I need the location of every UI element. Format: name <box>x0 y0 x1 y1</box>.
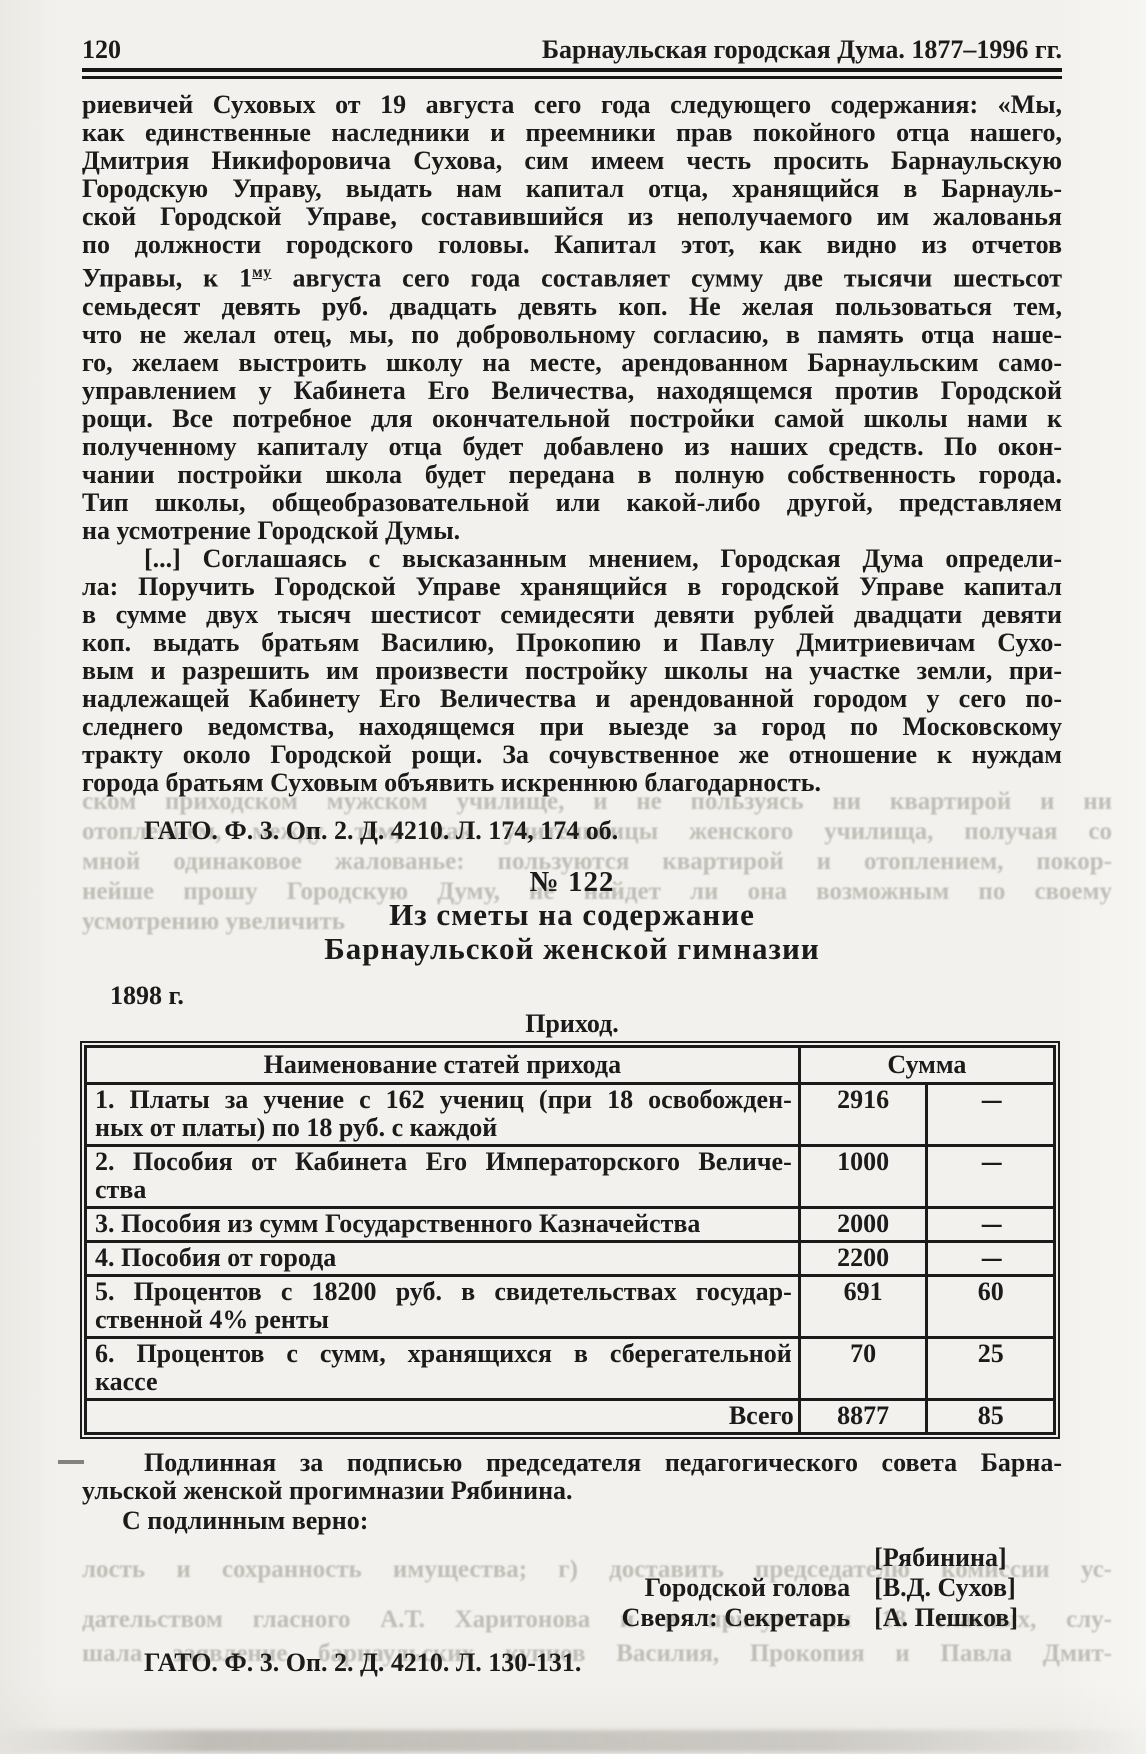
text-line: ской Городской Управе, составившийся из … <box>82 203 1062 231</box>
text-line: вым и разрешить им произвести постройку … <box>82 657 1062 685</box>
text-line: чании постройки школа будет передана в п… <box>82 461 1062 489</box>
archive-citation: ГАТО. Ф. 3. Оп. 2. Д. 4210. Л. 130-131. <box>82 1649 1062 1677</box>
table-row: 1. Платы за учение с 162 учениц (при 18 … <box>86 1083 1055 1145</box>
row-name: ственной 4% ренты <box>95 1306 792 1334</box>
column-header-sum: Сумма <box>799 1046 1054 1083</box>
document-number: № 122 <box>82 867 1062 898</box>
income-table: Наименование статей прихода Сумма 1. Пла… <box>84 1045 1056 1435</box>
signature-name: [В.Д. Сухов] <box>874 1573 1018 1603</box>
row-rubles: 1000 <box>799 1145 927 1207</box>
signature-row: [Рябинина] <box>622 1543 1018 1573</box>
total-rubles: 8877 <box>799 1399 927 1433</box>
header-rule <box>82 68 1062 79</box>
column-header-name: Наименование статей прихода <box>86 1046 800 1083</box>
text-line: управлением у Кабинета Его Величества, н… <box>82 377 1062 405</box>
text-column: 120 Барнаульская городская Дума. 1877–19… <box>82 36 1062 1677</box>
table-header-row: Наименование статей прихода Сумма <box>86 1046 1055 1083</box>
row-kopecks: --- <box>927 1241 1055 1275</box>
certified-line: С подлинным верно: <box>82 1507 1062 1535</box>
row-kopecks: --- <box>927 1207 1055 1241</box>
text-line: в сумме двух тысяч шестисот семидесяти д… <box>82 601 1062 629</box>
signature-row: Сверял: Секретарь [А. Пешков] <box>622 1603 1018 1633</box>
scan-artifact-dash <box>58 1460 84 1464</box>
row-name: кассе <box>95 1368 792 1396</box>
table-row: 5. Процентов с 18200 руб. в свидетельств… <box>86 1275 1055 1337</box>
row-kopecks: --- <box>927 1083 1055 1145</box>
row-rubles: 2200 <box>799 1241 927 1275</box>
authenticity-note: Подлинная за подписью председателя педаг… <box>82 1449 1062 1505</box>
section-title: Приход. <box>82 1010 1062 1038</box>
row-rubles: 2916 <box>799 1083 927 1145</box>
total-kopecks: 85 <box>927 1399 1055 1433</box>
text-line: на усмотрение Городской Думы. <box>82 517 1062 545</box>
text-line: коп. выдать братьям Василию, Прокопию и … <box>82 629 1062 657</box>
page-header: 120 Барнаульская городская Дума. 1877–19… <box>82 36 1062 64</box>
signature-block: [Рябинина] Городской голова [В.Д. Сухов]… <box>622 1543 1018 1633</box>
table-row: 2. Пособия от Кабинета Его Императорског… <box>86 1145 1055 1207</box>
scanned-book-page: ском приходском мужском училище, и не по… <box>0 0 1146 1754</box>
row-kopecks: --- <box>927 1145 1055 1207</box>
text-line: как единственные наследники и преемники … <box>82 119 1062 147</box>
text-line: тракту около Городской рощи. За сочувств… <box>82 741 1062 769</box>
text-line: риевичей Суховых от 19 августа сего года… <box>82 91 1062 119</box>
scan-artifact-smudge <box>0 1730 1146 1752</box>
table-row: 3. Пособия из сумм Государственного Казн… <box>86 1207 1055 1241</box>
document-121-paragraph-2: [...] Соглашаясь с высказанным мнением, … <box>82 545 1062 797</box>
text-line: по должности городского головы. Капитал … <box>82 231 1062 259</box>
table-total-row: Всего 8877 85 <box>86 1399 1055 1433</box>
text-line: Дмитрия Никифоровича Сухова, сим имеем ч… <box>82 147 1062 175</box>
text-line: полученному капиталу отца будет добавлен… <box>82 433 1062 461</box>
row-rubles: 691 <box>799 1275 927 1337</box>
row-kopecks: 60 <box>927 1275 1055 1337</box>
text-line: Тип школы, общеобразовательной или какой… <box>82 489 1062 517</box>
signature-name: [А. Пешков] <box>874 1603 1018 1633</box>
text-line: семьдесят девять руб. двадцать девять ко… <box>82 293 1062 321</box>
row-name: ных от платы) по 18 руб. с каждой <box>95 1114 792 1142</box>
text-line: ла: Поручить Городской Управе хранящийся… <box>82 573 1062 601</box>
row-rubles: 2000 <box>799 1207 927 1241</box>
signature-role: Сверял: Секретарь <box>622 1603 875 1633</box>
text-line-with-ordinal: Управы, к 1му августа сего года составля… <box>82 259 1062 293</box>
text-fragment: августа сего года составляет сумму две т… <box>293 264 1063 293</box>
row-name: ства <box>95 1176 792 1204</box>
table-row: 6. Процентов с сумм, хранящихся в сберег… <box>86 1337 1055 1399</box>
signature-row: Городской голова [В.Д. Сухов] <box>622 1573 1018 1603</box>
row-name: 3. Пособия из сумм Государственного Казн… <box>95 1210 792 1238</box>
text-line: рощи. Все потребное для окончательной по… <box>82 405 1062 433</box>
document-title: Из сметы на содержание Барнаульской женс… <box>82 898 1062 966</box>
text-line: что не желал отец, мы, по добровольному … <box>82 321 1062 349</box>
signature-name: [Рябинина] <box>874 1543 1018 1573</box>
document-title-line: Барнаульской женской гимназии <box>82 932 1062 966</box>
document-date: 1898 г. <box>82 982 1062 1010</box>
text-line: [...] Соглашаясь с высказанным мнением, … <box>82 545 1062 573</box>
text-line: го, желаем выстроить школу на месте, аре… <box>82 349 1062 377</box>
document-121-paragraph-1: риевичей Суховых от 19 августа сего года… <box>82 91 1062 545</box>
document-title-line: Из сметы на содержание <box>82 898 1062 932</box>
text-fragment: Управы, к 1 <box>82 264 252 293</box>
text-line: ульской женской прогимназии Рябинина. <box>82 1477 1062 1505</box>
row-name: 4. Пособия от города <box>95 1244 792 1272</box>
row-name: 2. Пособия от Кабинета Его Императорског… <box>95 1148 792 1176</box>
signature-role: Городской голова <box>622 1573 875 1603</box>
row-name: 5. Процентов с 18200 руб. в свидетельств… <box>95 1278 792 1306</box>
text-line: надлежащей Кабинету Его Величества и аре… <box>82 685 1062 713</box>
row-kopecks: 25 <box>927 1337 1055 1399</box>
ordinal-superscript: му <box>252 264 271 281</box>
row-name: 6. Процентов с сумм, хранящихся в сберег… <box>95 1340 792 1368</box>
running-title: Барнаульская городская Дума. 1877–1996 г… <box>542 36 1062 64</box>
text-line: Подлинная за подписью председателя педаг… <box>82 1449 1062 1477</box>
row-name: 1. Платы за учение с 162 учениц (при 18 … <box>95 1086 792 1114</box>
text-line: Городскую Управу, выдать нам капитал отц… <box>82 175 1062 203</box>
signature-role <box>622 1543 875 1573</box>
archive-citation: ГАТО. Ф. 3. Оп. 2. Д. 4210. Л. 174, 174 … <box>82 817 1062 845</box>
total-label: Всего <box>86 1399 800 1433</box>
table-row: 4. Пособия от города 2200 --- <box>86 1241 1055 1275</box>
text-line: следнего ведомства, находящемся при выез… <box>82 713 1062 741</box>
text-line: города братьям Суховым объявить искренню… <box>82 769 1062 797</box>
page-number: 120 <box>82 36 121 64</box>
row-rubles: 70 <box>799 1337 927 1399</box>
